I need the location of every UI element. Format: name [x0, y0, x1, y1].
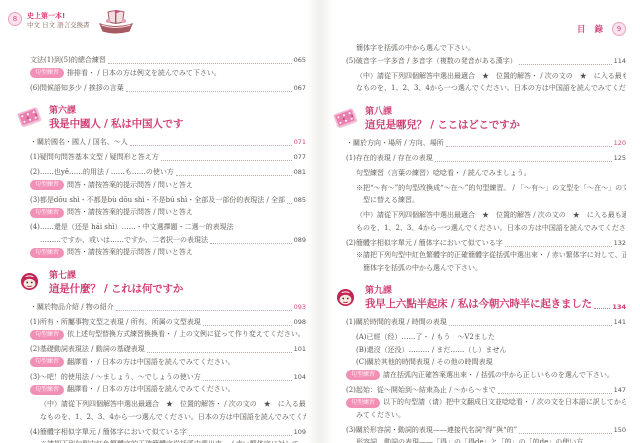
line-text: (4)……還是（还是 hái shì）……・中文選擇題・二選一的表現法: [30, 221, 234, 234]
line-text: 排排看・ / 日本の方は例文を読んでみて下さい。: [67, 67, 221, 80]
page-ref: 081: [294, 166, 306, 179]
line-text: (2)基礎動詞表現法 / 動詞の基礎表現: [30, 343, 145, 356]
line-text: ※請把下列句型中紅色繁體字的正確簡體字從括弧中選出來・ / 赤い繁体字に対して、…: [356, 249, 626, 262]
dotted-leader: [435, 161, 612, 162]
lesson-header[interactable]: 第七課這是什麼？ / これは何ですか: [16, 268, 306, 296]
note-line: (A)已經（经）……了・ / もう ～V2ました: [346, 331, 626, 344]
line-text: ・關於國名・國人 / 国名、～人: [30, 136, 128, 149]
line-text: ものを、1、2、3、4から一つ選んでください。日本の方は中国語を読んでみてくださ…: [356, 222, 626, 235]
toc-entry[interactable]: (1)關於時間的表現 / 時間の表現141: [346, 316, 626, 329]
lesson-number: 第六課: [49, 103, 306, 116]
note-line: (C)關於其他的時間表現 / その他の時間表現: [346, 356, 626, 369]
note-line: (4)……還是（还是 hái shì）……・中文選擇題・二選一的表現法: [30, 221, 306, 234]
line-text: (3)都是dōu shì・不都是bù dōu shì・不是bú shì・全部及一…: [30, 194, 285, 207]
daruma-icon: [332, 288, 358, 307]
line-text: （中）請從下列四個解答中選出最適合 ★ 位置的解答・ / 次の文の ★ に入る最…: [40, 398, 306, 411]
book-spread: 8 史上第一本! 中文 日文 語言交換書 文法(1)到(5)的總合練習065句型…: [0, 0, 640, 443]
line-text: 簡体字を括弧の中から選んで下さい。: [356, 42, 475, 55]
page-ref: 141: [614, 316, 626, 329]
daruma-icon: [16, 272, 42, 291]
line-text: (1)存在的表現 / 存在の表現: [346, 152, 433, 165]
toc-entry[interactable]: (1)所有・所屬事物文型之表現 / 所有、所属の文型表現098: [30, 316, 306, 329]
line-text: (C)關於其他的時間表現 / その他の時間表現: [356, 356, 493, 369]
page-ref: 120: [614, 137, 626, 150]
note-line: なものを、1、2、3、4から一つ選んでください。日本の方は中国語を読んでみてくだ…: [346, 82, 626, 95]
line-text: 翻譯看・ / 日本の方は中国語を読んでみてください。: [67, 356, 235, 369]
page-ref: 077: [294, 151, 306, 164]
dotted-leader: [126, 91, 292, 92]
page-ref: 104: [294, 371, 306, 384]
note-line: （中）請從下列四個解答中選出最適合 ★ 位置的解答・ / 次の文の ★ に入る最…: [346, 70, 626, 83]
dotted-leader: [203, 380, 292, 381]
exercise-badge: 句型練習: [30, 248, 64, 258]
dotted-leader: [189, 435, 292, 436]
page-ref: 132: [614, 237, 626, 250]
left-page-header: 8 史上第一本! 中文 日文 語言交換書: [0, 0, 320, 46]
dotted-leader: [498, 393, 612, 394]
page-ref: 065: [294, 54, 306, 67]
line-text: (1)關於時間的表現 / 時間の表現: [346, 316, 447, 329]
dotted-leader: [108, 63, 292, 64]
line-text: 形容詞、動詞の表現——「得」の「得de」と「的」の「的de」の使い方: [356, 436, 583, 443]
toc-entry[interactable]: ・關於方向・場所 / 方向、場所120: [346, 137, 626, 150]
page-ref: 147: [614, 384, 626, 397]
treasure-boat-icon: [95, 8, 137, 40]
note-line: なものを、1、2、3、4から一つ選んでください。日本の方は中国語を読んでみてくだ…: [30, 411, 306, 424]
dotted-leader: [505, 246, 612, 247]
page-ref: 089: [294, 234, 306, 247]
note-line: 簡体字を括弧の中から選んで下さい。: [346, 42, 626, 55]
line-text: (4)簡體字相似字單元 / 簡体字において似ている字: [30, 426, 187, 439]
line-text: （中）請從下列四個解答中選出最適合 ★ 位置的解答・ / 次の文の ★ に入る最…: [356, 70, 626, 83]
line-text: ・關於物品介紹 / 物の紹介: [30, 301, 114, 314]
note-line: ※請把下列句型中紅色繁體字的正確簡體字從括弧中選出來・ / 赤い繁体字に対して、…: [30, 438, 306, 443]
page-ref: 101: [294, 343, 306, 356]
toc-entry[interactable]: (4)簡體字相似字單元 / 簡体字において似ている字109: [30, 426, 306, 439]
note-line: （中）請從下列四個解答中選出最適合 ★ 位置的解答・ / 次の文の ★ に入る最…: [30, 398, 306, 411]
page-ref: 067: [294, 82, 306, 95]
line-text: (3)～吧！的使用法 / ～ましょう、～でしょうの使い方: [30, 371, 201, 384]
left-toc-content: 文法(1)到(5)的總合練習065句型練習排排看・ / 日本の方は例文を読んでみ…: [0, 46, 320, 443]
lesson-header[interactable]: 第八課這兒是哪兒？ / ここはどこですか: [332, 104, 626, 132]
exercise-line: 句型練習請在括弧內正確答案選出來・ / 括弧の中から正しいものを選んで下さい。: [346, 369, 626, 382]
exercise-line: 句型練習問答・請按答案的提示問答 / 問いと答え: [30, 179, 306, 192]
page-number-badge: 9: [612, 22, 626, 36]
line-text: 問答・請按答案的提示問答 / 問いと答え: [67, 206, 193, 219]
dotted-leader: [203, 325, 292, 326]
line-text: ※請把下列句型中紅色繁體字的正確簡體字從括弧中選出來・ / 赤い繁体字に対して、…: [40, 438, 306, 443]
dotted-leader: [130, 145, 292, 146]
line-text: 簡体字を括弧の中から選んで下さい。: [363, 262, 482, 275]
line-text: なものを、1、2、3、4から一つ選んでください。日本の方は中国語を読んでみてくだ…: [40, 411, 306, 424]
toc-entry[interactable]: (1)存在的表現 / 存在の表現125: [346, 152, 626, 165]
exercise-line: 句型練習依上述句型替換方式練習換換看・ / 上の文例に従って作り変えてください。: [30, 328, 306, 341]
exercise-line: 句型練習排排看・ / 日本の方は例文を読んでみて下さい。: [30, 67, 306, 80]
toc-entry[interactable]: (3)關於形容詞・動詞的表現——連接代名詞“得”與“的”150: [346, 424, 626, 437]
right-toc-content: 簡体字を括弧の中から選んで下さい。(5)破音字一字多音 / 多音字（複数の発音が…: [320, 36, 640, 443]
note-line: （中）請從下列四個解答中選出最適合 ★ 位置的解答 / 次の文の ★ に入る最も…: [346, 209, 626, 222]
book-logo-line1: 史上第一本!: [27, 12, 90, 21]
note-line: 簡体字を括弧の中から選んで下さい。: [346, 262, 626, 275]
dotted-leader: [116, 310, 292, 311]
exercise-line: 句型練習翻譯看・ / 日本の方は中国語を読んでみてください。: [30, 383, 306, 396]
line-text: (5)破音字一字多音 / 多音字（複数の発音がある漢字）: [346, 55, 517, 68]
toc-title: 目 錄: [577, 23, 606, 35]
line-text: 文法(1)到(5)的總合練習: [30, 54, 106, 67]
line-text: 依上述句型替換方式練習換換看・ / 上の文例に従って作り変えてください。: [67, 328, 305, 341]
page-ref: 098: [294, 316, 306, 329]
toc-entry[interactable]: (2)起始：從～開始到～結束為止 / ～から～まで147: [346, 384, 626, 397]
exercise-badge: 句型練習: [30, 180, 64, 190]
line-text: ………ですか、或いは……ですか、二者択一の表現法: [40, 234, 208, 247]
stamp-icon: [16, 110, 42, 124]
line-text: (2)起始：從～開始到～結束為止 / ～から～まで: [346, 384, 496, 397]
line-text: (1)所有・所屬事物文型之表現 / 所有、所属の文型表現: [30, 316, 201, 329]
line-text: 以下的句型請（请）把中文翻成日文並唸唸看・ / 次の文を日本語に訳してから読んで: [383, 396, 626, 409]
page-ref: 114: [614, 55, 626, 68]
note-line: 形容詞、動詞の表現——「得」の「得de」と「的」の「的de」の使い方: [346, 436, 626, 443]
exercise-badge: 句型練習: [30, 208, 64, 218]
note-line: ものを、1、2、3、4から一つ選んでください。日本の方は中国語を読んでみてくださ…: [346, 222, 626, 235]
exercise-badge: 句型練習: [30, 68, 64, 78]
toc-entry[interactable]: (1)疑問句問答基本文型 / 疑問形と答え方077: [30, 151, 306, 164]
line-text: 翻譯看・ / 日本の方は中国語を読んでみてください。: [67, 383, 235, 396]
dotted-leader: [161, 160, 292, 161]
note-line: (B)還沒（还没）……… / まだ……（し）ません: [346, 344, 626, 357]
page-ref: 085: [294, 194, 306, 207]
toc-entry[interactable]: (2)簡體字相似字單元 / 簡体字において似ている字132: [346, 237, 626, 250]
exercise-badge: 句型練習: [30, 330, 64, 340]
page-ref: 109: [294, 426, 306, 439]
note-line: 型に替える練習。: [346, 194, 626, 207]
toc-entry[interactable]: ・關於物品介紹 / 物の紹介093: [30, 301, 306, 314]
exercise-line: 句型練習問答・請按答案的提示問答 / 問いと答え: [30, 246, 306, 259]
stamp-icon: [332, 111, 358, 125]
exercise-badge: 句型練習: [30, 385, 64, 395]
line-text: (3)關於形容詞・動詞的表現——連接代名詞“得”與“的”: [346, 424, 517, 437]
line-text: (B)還沒（还没）……… / まだ……（し）ません: [356, 344, 506, 357]
exercise-badge: 句型練習: [346, 398, 380, 408]
exercise-line: 句型練習問答・請按答案的提示問答 / 問いと答え: [30, 206, 306, 219]
line-text: 型に替える練習。: [363, 194, 419, 207]
page-ref: 150: [614, 424, 626, 437]
line-text: (6)問候語知多少 / 挨拶の言葉: [30, 82, 124, 95]
line-text: ※把“～有～”的句型改換成“～在～”的句型練習。 / 「～有～」の文型を「～在～…: [356, 182, 626, 195]
toc-entry[interactable]: ………ですか、或いは……ですか、二者択一の表現法089: [30, 234, 306, 247]
dotted-leader: [176, 175, 292, 176]
line-text: 問答・請按答案的提示問答 / 問いと答え: [67, 179, 193, 192]
lesson-title: 我早上六點半起床 / 私は今朝六時半に起きました: [365, 296, 592, 311]
dotted-leader: [446, 146, 612, 147]
toc-entry[interactable]: (2)基礎動詞表現法 / 動詞の基礎表現101: [30, 343, 306, 356]
line-text: ・關於方向・場所 / 方向、場所: [346, 137, 444, 150]
dotted-leader: [519, 64, 612, 65]
dotted-leader: [147, 352, 292, 353]
dotted-leader: [210, 243, 292, 244]
book-logo-line2: 中文 日文 語言交換書: [27, 21, 90, 29]
toc-entry[interactable]: (6)問候語知多少 / 挨拶の言葉067: [30, 82, 306, 95]
line-text: (1)疑問句問答基本文型 / 疑問形と答え方: [30, 151, 159, 164]
line-text: (A)已經（经）……了・ / もう ～V2ました: [356, 331, 495, 344]
page-number-badge: 8: [8, 12, 22, 26]
line-text: （中）請從下列四個解答中選出最適合 ★ 位置的解答 / 次の文の ★ に入る最も…: [356, 209, 626, 222]
line-text: (2)簡體字相似字單元 / 簡体字において似ている字: [346, 237, 503, 250]
exercise-line: 句型練習以下的句型請（请）把中文翻成日文並唸唸看・ / 次の文を日本語に訳してか…: [346, 396, 626, 409]
note-line: ※請把下列句型中紅色繁體字的正確簡體字從括弧中選出來・ / 赤い繁体字に対して、…: [346, 249, 626, 262]
exercise-badge: 句型練習: [346, 370, 380, 380]
lesson-number: 第八課: [365, 104, 626, 117]
line-text: なものを、1、2、3、4から一つ選んでください。日本の方は中国語を読んでみてくだ…: [356, 82, 626, 95]
dotted-leader: [519, 433, 611, 434]
page-left: 8 史上第一本! 中文 日文 語言交換書 文法(1)到(5)的總合練習065句型…: [0, 0, 320, 443]
toc-entry[interactable]: ・關於國名・國人 / 国名、～人071: [30, 136, 306, 149]
lesson-title: 我是中國人 / 私は中国人です: [49, 116, 183, 131]
page-right: 目 錄 9 簡体字を括弧の中から選んで下さい。(5)破音字一字多音 / 多音字（…: [320, 0, 640, 443]
lesson-title: 這兒是哪兒？ / ここはどこですか: [365, 117, 520, 132]
line-text: みてください。: [356, 409, 405, 422]
right-page-header: 目 錄 9: [320, 0, 640, 36]
line-text: 問答・請按答案的提示問答 / 問いと答え: [67, 246, 193, 259]
exercise-line: 句型練習翻譯看・ / 日本の方は中国語を読んでみてください。: [30, 356, 306, 369]
lesson-title: 這是什麼？ / これは何ですか: [49, 281, 183, 296]
note-line: ※把“～有～”的句型改換成“～在～”的句型練習。 / 「～有～」の文型を「～在～…: [346, 182, 626, 195]
lesson-number: 第七課: [49, 268, 306, 281]
lesson-header[interactable]: 第九課我早上六點半起床 / 私は今朝六時半に起きました134: [332, 283, 626, 311]
dotted-leader: [449, 325, 612, 326]
page-ref: 071: [294, 136, 306, 149]
toc-entry[interactable]: 文法(1)到(5)的總合練習065: [30, 54, 306, 67]
toc-entry[interactable]: (5)破音字一字多音 / 多音字（複数の発音がある漢字）114: [346, 55, 626, 68]
note-line: 句型練習（言葉の練習）唸唸看・ / 読んでみましょう。: [346, 167, 626, 180]
line-text: (2)……也yě……的用法 / ……も……の使い方: [30, 166, 174, 179]
lesson-number: 第九課: [365, 283, 626, 296]
toc-entry[interactable]: (3)都是dōu shì・不都是bù dōu shì・不是bú shì・全部及一…: [30, 194, 306, 207]
line-text: 請在括弧內正確答案選出來・ / 括弧の中から正しいものを選んで下さい。: [383, 369, 614, 382]
page-ref: 125: [614, 152, 626, 165]
exercise-badge: 句型練習: [30, 357, 64, 367]
page-ref: 093: [294, 301, 306, 314]
dotted-leader: [594, 308, 611, 309]
note-line: みてください。: [346, 409, 626, 422]
line-text: 句型練習（言葉の練習）唸唸看・ / 読んでみましょう。: [356, 167, 531, 180]
toc-entry[interactable]: (2)……也yě……的用法 / ……も……の使い方081: [30, 166, 306, 179]
book-logo: 史上第一本! 中文 日文 語言交換書: [27, 12, 90, 29]
toc-entry[interactable]: (3)～吧！的使用法 / ～ましょう、～でしょうの使い方104: [30, 371, 306, 384]
page-ref: 134: [612, 303, 626, 311]
dotted-leader: [287, 203, 292, 204]
lesson-header[interactable]: 第六課我是中國人 / 私は中国人です: [16, 103, 306, 131]
